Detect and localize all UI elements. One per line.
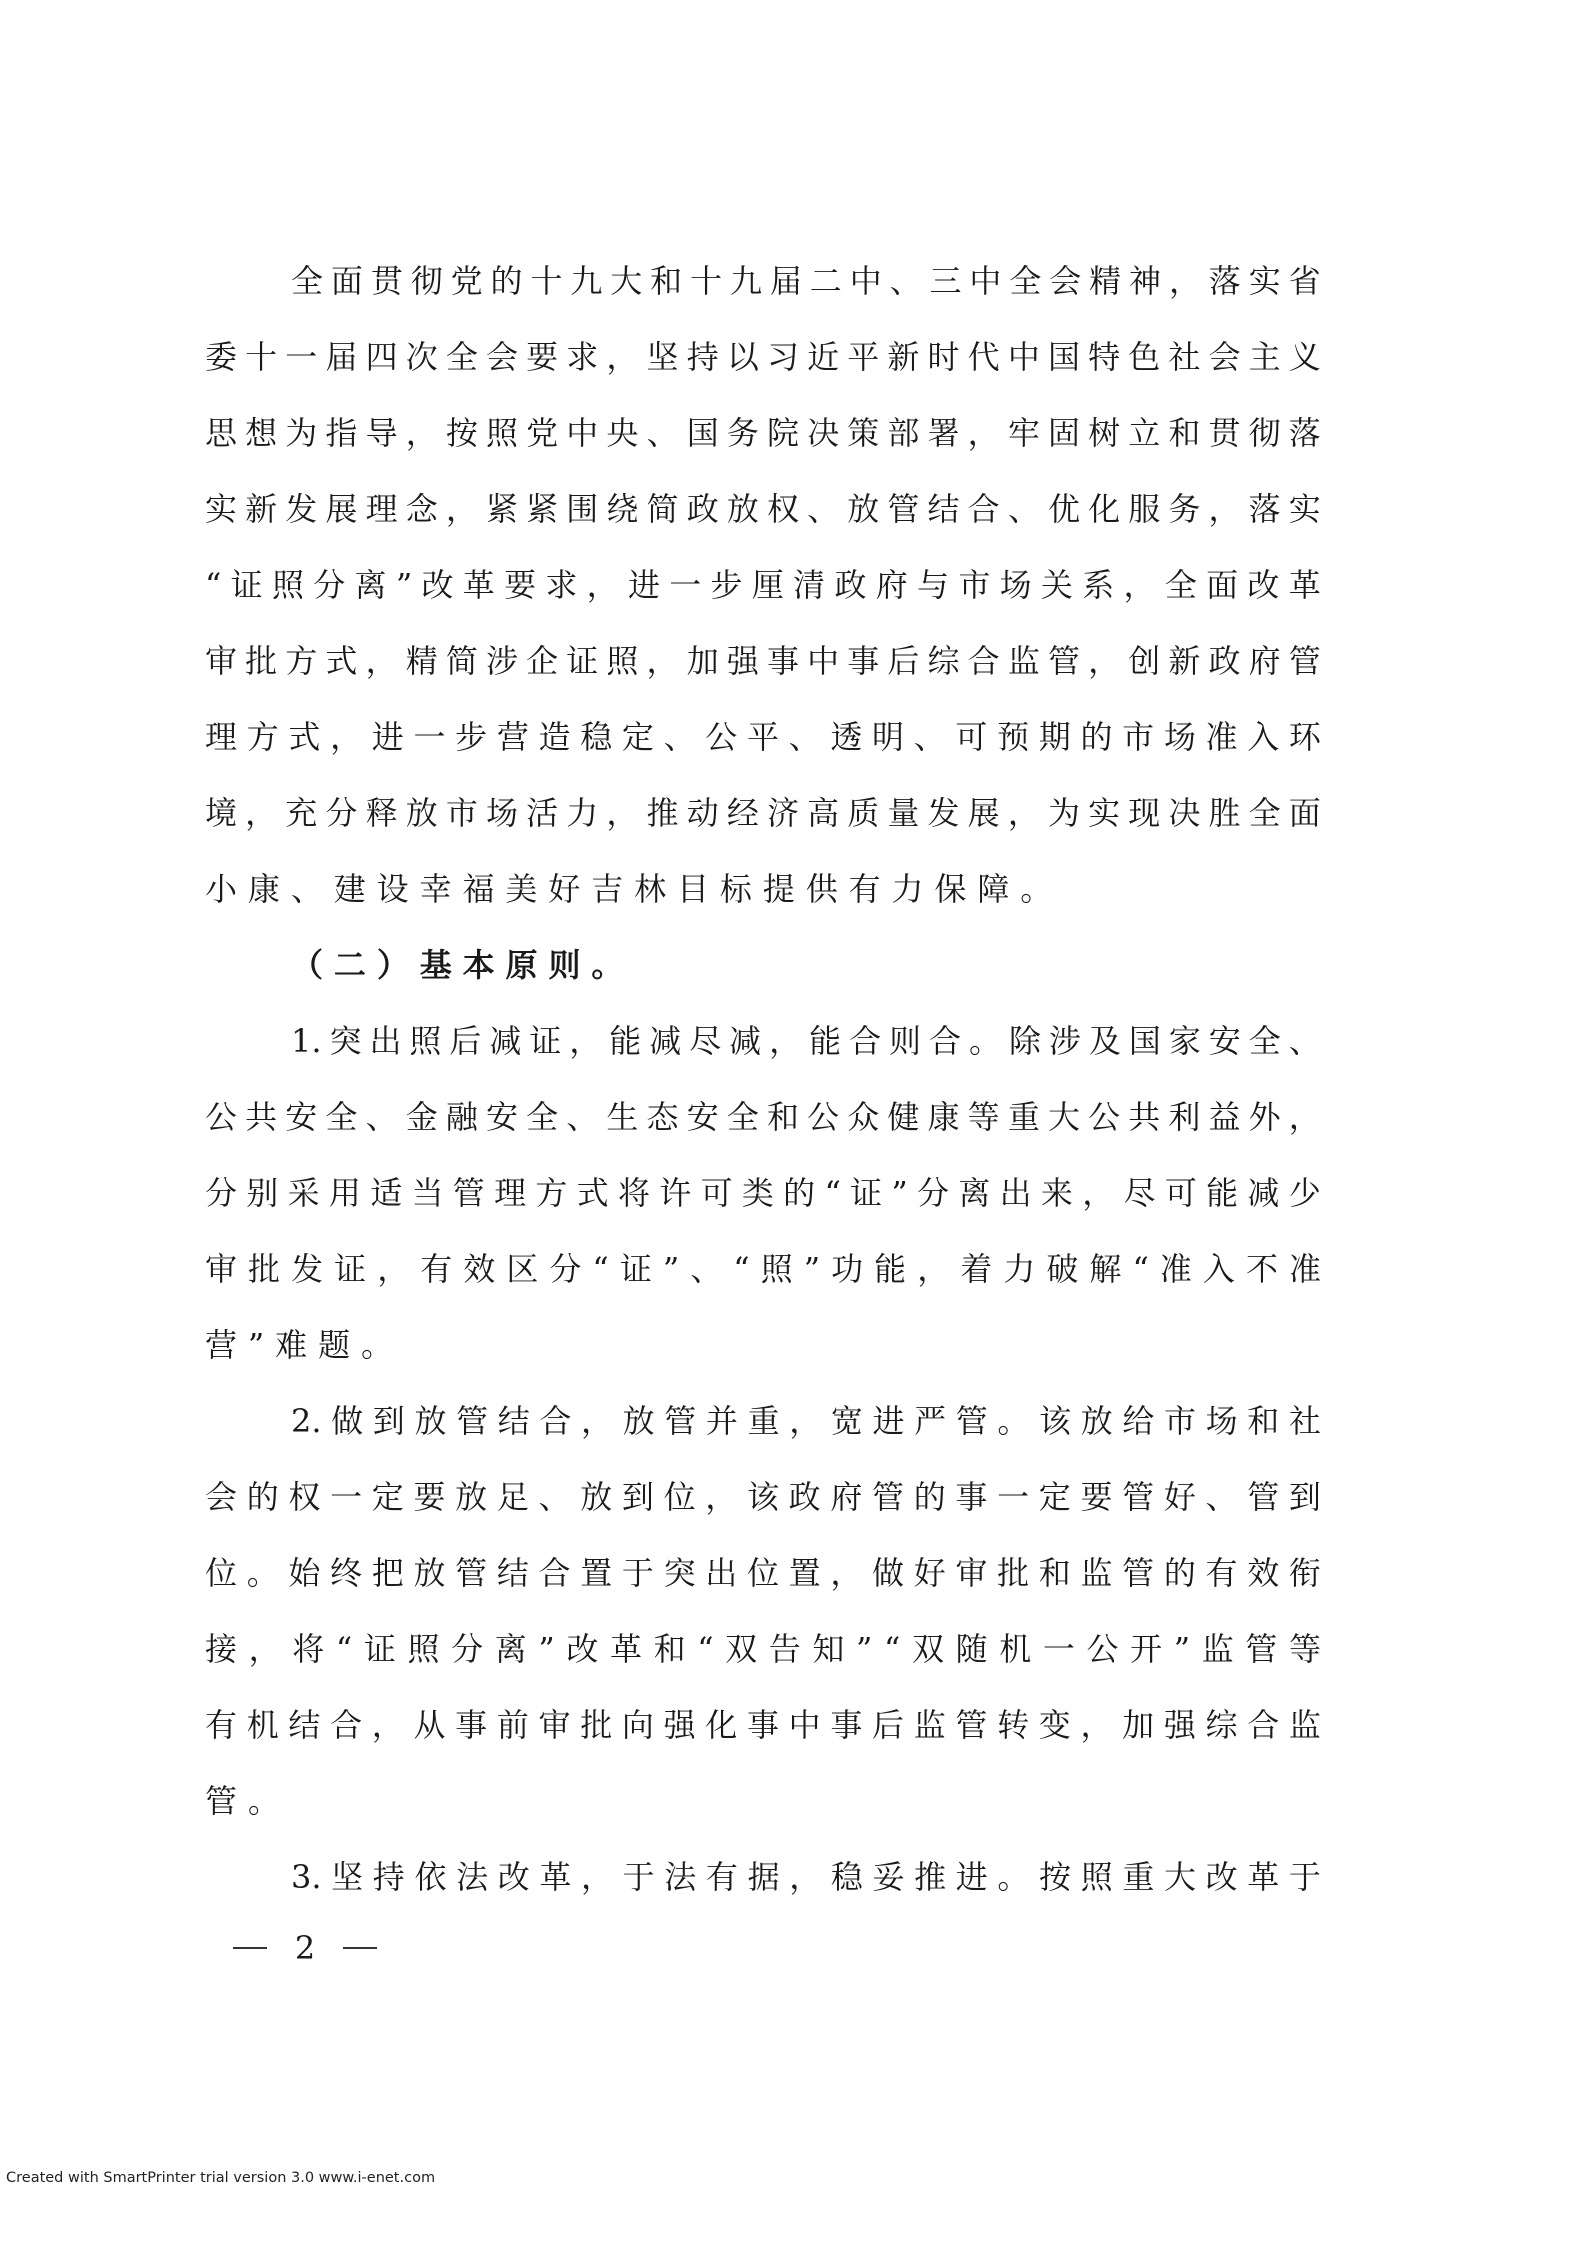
text-line: 审批方式，精简涉企证照，加强事中事后综合监管，创新政府管 bbox=[205, 641, 1321, 681]
text-line: 理方式，进一步营造稳定、公平、透明、可预期的市场准入环 bbox=[205, 717, 1321, 757]
page-number-dash-right bbox=[343, 1947, 377, 1949]
text-line: 全面贯彻党的十九大和十九届二中、三中全会精神，落实省 bbox=[291, 261, 1321, 301]
text-line: 管。 bbox=[205, 1781, 1321, 1821]
document-page: 全面贯彻党的十九大和十九届二中、三中全会精神，落实省委十一届四次全会要求，坚持以… bbox=[0, 0, 1587, 2245]
text-line: 营”难题。 bbox=[205, 1325, 1321, 1365]
text-line: 公共安全、金融安全、生态安全和公众健康等重大公共利益外， bbox=[205, 1097, 1321, 1137]
text-line: “证照分离”改革要求，进一步厘清政府与市场关系，全面改革 bbox=[205, 565, 1321, 605]
text-line: 小康、建设幸福美好吉林目标提供有力保障。 bbox=[205, 869, 1321, 909]
text-line: 委十一届四次全会要求，坚持以习近平新时代中国特色社会主义 bbox=[205, 337, 1321, 377]
text-line: 位。始终把放管结合置于突出位置，做好审批和监管的有效衔 bbox=[205, 1553, 1321, 1593]
page-number: 2 bbox=[233, 1928, 377, 1968]
text-line: 3.坚持依法改革，于法有据，稳妥推进。按照重大改革于 bbox=[291, 1857, 1321, 1897]
page-number-dash-left bbox=[233, 1947, 267, 1949]
text-line: 有机结合，从事前审批向强化事中事后监管转变，加强综合监 bbox=[205, 1705, 1321, 1745]
text-line: 实新发展理念，紧紧围绕简政放权、放管结合、优化服务，落实 bbox=[205, 489, 1321, 529]
text-line: 思想为指导，按照党中央、国务院决策部署，牢固树立和贯彻落 bbox=[205, 413, 1321, 453]
text-line: 审批发证，有效区分“证”、“照”功能，着力破解“准入不准 bbox=[205, 1249, 1321, 1289]
text-line: 接，将“证照分离”改革和“双告知”“双随机一公开”监管等 bbox=[205, 1629, 1321, 1669]
watermark-text: Created with SmartPrinter trial version … bbox=[6, 2170, 435, 2186]
text-line: 1.突出照后减证，能减尽减，能合则合。除涉及国家安全、 bbox=[291, 1021, 1321, 1061]
text-line: 2.做到放管结合，放管并重，宽进严管。该放给市场和社 bbox=[291, 1401, 1321, 1441]
text-line: 分别采用适当管理方式将许可类的“证”分离出来，尽可能减少 bbox=[205, 1173, 1321, 1213]
page-number-value: 2 bbox=[295, 1928, 315, 1968]
text-line: 会的权一定要放足、放到位，该政府管的事一定要管好、管到 bbox=[205, 1477, 1321, 1517]
section-heading: （二）基本原则。 bbox=[291, 945, 1321, 985]
text-line: 境，充分释放市场活力，推动经济高质量发展，为实现决胜全面 bbox=[205, 793, 1321, 833]
